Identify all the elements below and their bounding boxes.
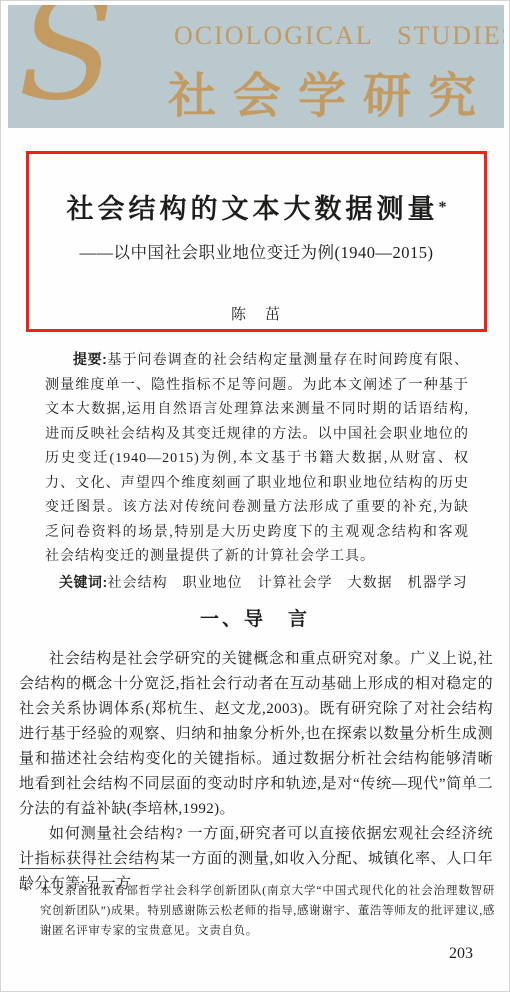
journal-page: S OCIOLOGICAL STUDIES 社会学研究 社会结构的文本大数据测量… <box>0 0 510 992</box>
section-heading-introduction: 一、导 言 <box>1 604 509 631</box>
abstract-block: 提要:基于问卷调查的社会结构定量测量存在时间跨度有限、测量维度单一、隐性指标不足… <box>45 347 469 596</box>
footnote-text: 本文系首批教育部哲学社会科学创新团队(南京大学“中国式现代化的社会治理数智研究创… <box>40 881 495 941</box>
body-paragraph: 社会结构是社会学研究的关键概念和重点研究对象。广义上说,社会结构的概念十分宽泛,… <box>19 647 493 822</box>
footnote: * 本文系首批教育部哲学社会科学创新团队(南京大学“中国式现代化的社会治理数智研… <box>23 881 495 941</box>
article-subtitle: ——以中国社会职业地位变迁为例(1940—2015) <box>29 239 484 263</box>
abstract-paragraph: 提要:基于问卷调查的社会结构定量测量存在时间跨度有限、测量维度单一、隐性指标不足… <box>45 347 469 570</box>
abstract-label: 提要: <box>73 351 107 367</box>
keyword-item: 职业地位 <box>183 576 243 591</box>
journal-logo-initial-s: S <box>18 5 115 128</box>
keyword-item: 社会结构 <box>108 576 168 591</box>
article-title: 社会结构的文本大数据测量* <box>29 187 484 226</box>
keywords-label: 关键词: <box>59 574 108 590</box>
footnote-divider <box>19 868 159 869</box>
journal-name-english: OCIOLOGICAL STUDIES <box>174 21 504 51</box>
article-title-highlight-box: 社会结构的文本大数据测量* ——以中国社会职业地位变迁为例(1940—2015)… <box>26 151 487 332</box>
article-title-text: 社会结构的文本大数据测量 <box>67 194 439 224</box>
keyword-item: 大数据 <box>348 576 393 591</box>
keyword-item: 机器学习 <box>408 576 468 591</box>
keywords-line: 关键词:社会结构职业地位计算社会学大数据机器学习 <box>45 570 469 597</box>
page-number: 203 <box>449 945 473 963</box>
title-footnote-marker: * <box>439 199 447 216</box>
journal-name-chinese: 社会学研究 <box>168 57 493 126</box>
footnote-marker: * <box>23 881 40 941</box>
journal-masthead: S OCIOLOGICAL STUDIES 社会学研究 <box>8 5 504 128</box>
abstract-body-text: 基于问卷调查的社会结构定量测量存在时间跨度有限、测量维度单一、隐性指标不足等问题… <box>45 353 469 564</box>
article-body: 社会结构是社会学研究的关键概念和重点研究对象。广义上说,社会结构的概念十分宽泛,… <box>19 647 493 897</box>
article-author: 陈 茁 <box>29 303 484 324</box>
keyword-item: 计算社会学 <box>258 576 333 591</box>
